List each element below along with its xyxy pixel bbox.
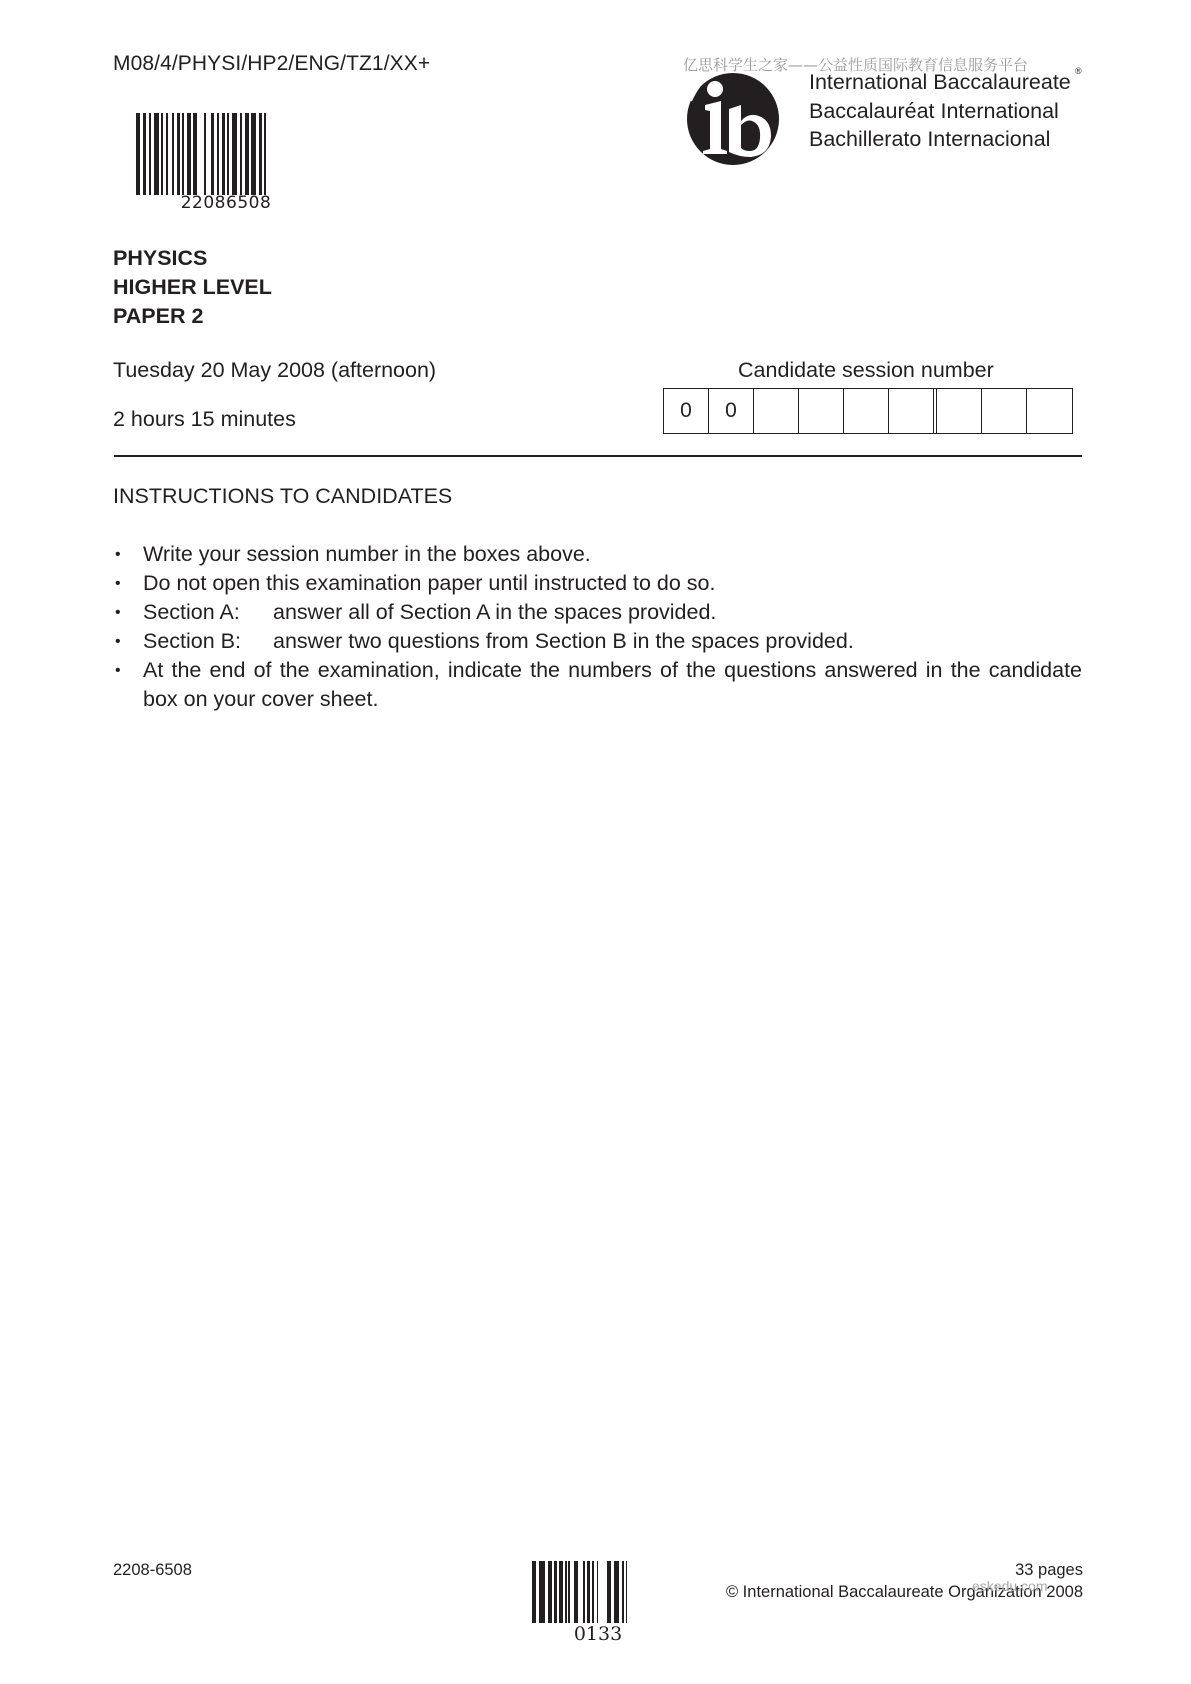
session-digit-box[interactable] — [754, 389, 799, 433]
paper-number: PAPER 2 — [113, 302, 272, 331]
session-digit-box[interactable]: 0 — [664, 389, 709, 433]
candidate-session-label: Candidate session number — [738, 358, 994, 383]
org-name-fr: Baccalauréat International — [809, 97, 1071, 126]
instruction-label: Section B: — [143, 627, 273, 656]
exam-duration: 2 hours 15 minutes — [113, 407, 296, 432]
level: HIGHER LEVEL — [113, 273, 272, 302]
instruction-item: Section B:answer two questions from Sect… — [113, 627, 1082, 656]
bottom-barcode — [532, 1561, 664, 1623]
instruction-item: Section A:answer all of Section A in the… — [113, 598, 1082, 627]
exam-title: PHYSICS HIGHER LEVEL PAPER 2 — [113, 244, 272, 331]
org-name-en: International Baccalaureate — [809, 68, 1071, 97]
instruction-item: Do not open this examination paper until… — [113, 569, 1082, 598]
registered-mark: ® — [1075, 66, 1082, 76]
org-name-es: Bachillerato Internacional — [809, 125, 1071, 154]
divider — [114, 455, 1082, 457]
session-digit-box[interactable] — [799, 389, 844, 433]
instructions-title: INSTRUCTIONS TO CANDIDATES — [113, 484, 452, 509]
instruction-text: answer two questions from Section B in t… — [273, 629, 854, 653]
session-digit-box[interactable] — [844, 389, 889, 433]
session-digit-box[interactable] — [982, 389, 1027, 433]
instructions-list: Write your session number in the boxes a… — [113, 540, 1082, 714]
bottom-barcode-number: 0133 — [532, 1623, 664, 1645]
instruction-text: At the end of the examination, indicate … — [143, 658, 1082, 711]
top-barcode-number: 22086508 — [136, 193, 316, 213]
instruction-label: Section A: — [143, 598, 273, 627]
instruction-item: At the end of the examination, indicate … — [113, 656, 1082, 714]
session-digit-box[interactable]: 0 — [709, 389, 754, 433]
organization-names: International Baccalaureate Baccalauréat… — [809, 68, 1071, 154]
ib-logo-icon — [687, 61, 779, 167]
exam-date: Tuesday 20 May 2008 (afternoon) — [113, 358, 436, 383]
session-digit-box[interactable] — [937, 389, 982, 433]
paper-code: M08/4/PHYSI/HP2/ENG/TZ1/XX+ — [113, 52, 430, 76]
candidate-session-boxes: 0 0 — [663, 388, 1073, 434]
footer-code: 2208-6508 — [113, 1561, 192, 1580]
top-barcode — [136, 113, 316, 195]
session-digit-box[interactable] — [1027, 389, 1072, 433]
instruction-text: Write your session number in the boxes a… — [143, 542, 591, 566]
instruction-text: answer all of Section A in the spaces pr… — [273, 600, 716, 624]
footer-watermark: eskedu.com — [972, 1578, 1047, 1594]
instruction-item: Write your session number in the boxes a… — [113, 540, 1082, 569]
subject: PHYSICS — [113, 244, 272, 273]
instruction-text: Do not open this examination paper until… — [143, 571, 716, 595]
session-digit-box[interactable] — [889, 389, 937, 433]
